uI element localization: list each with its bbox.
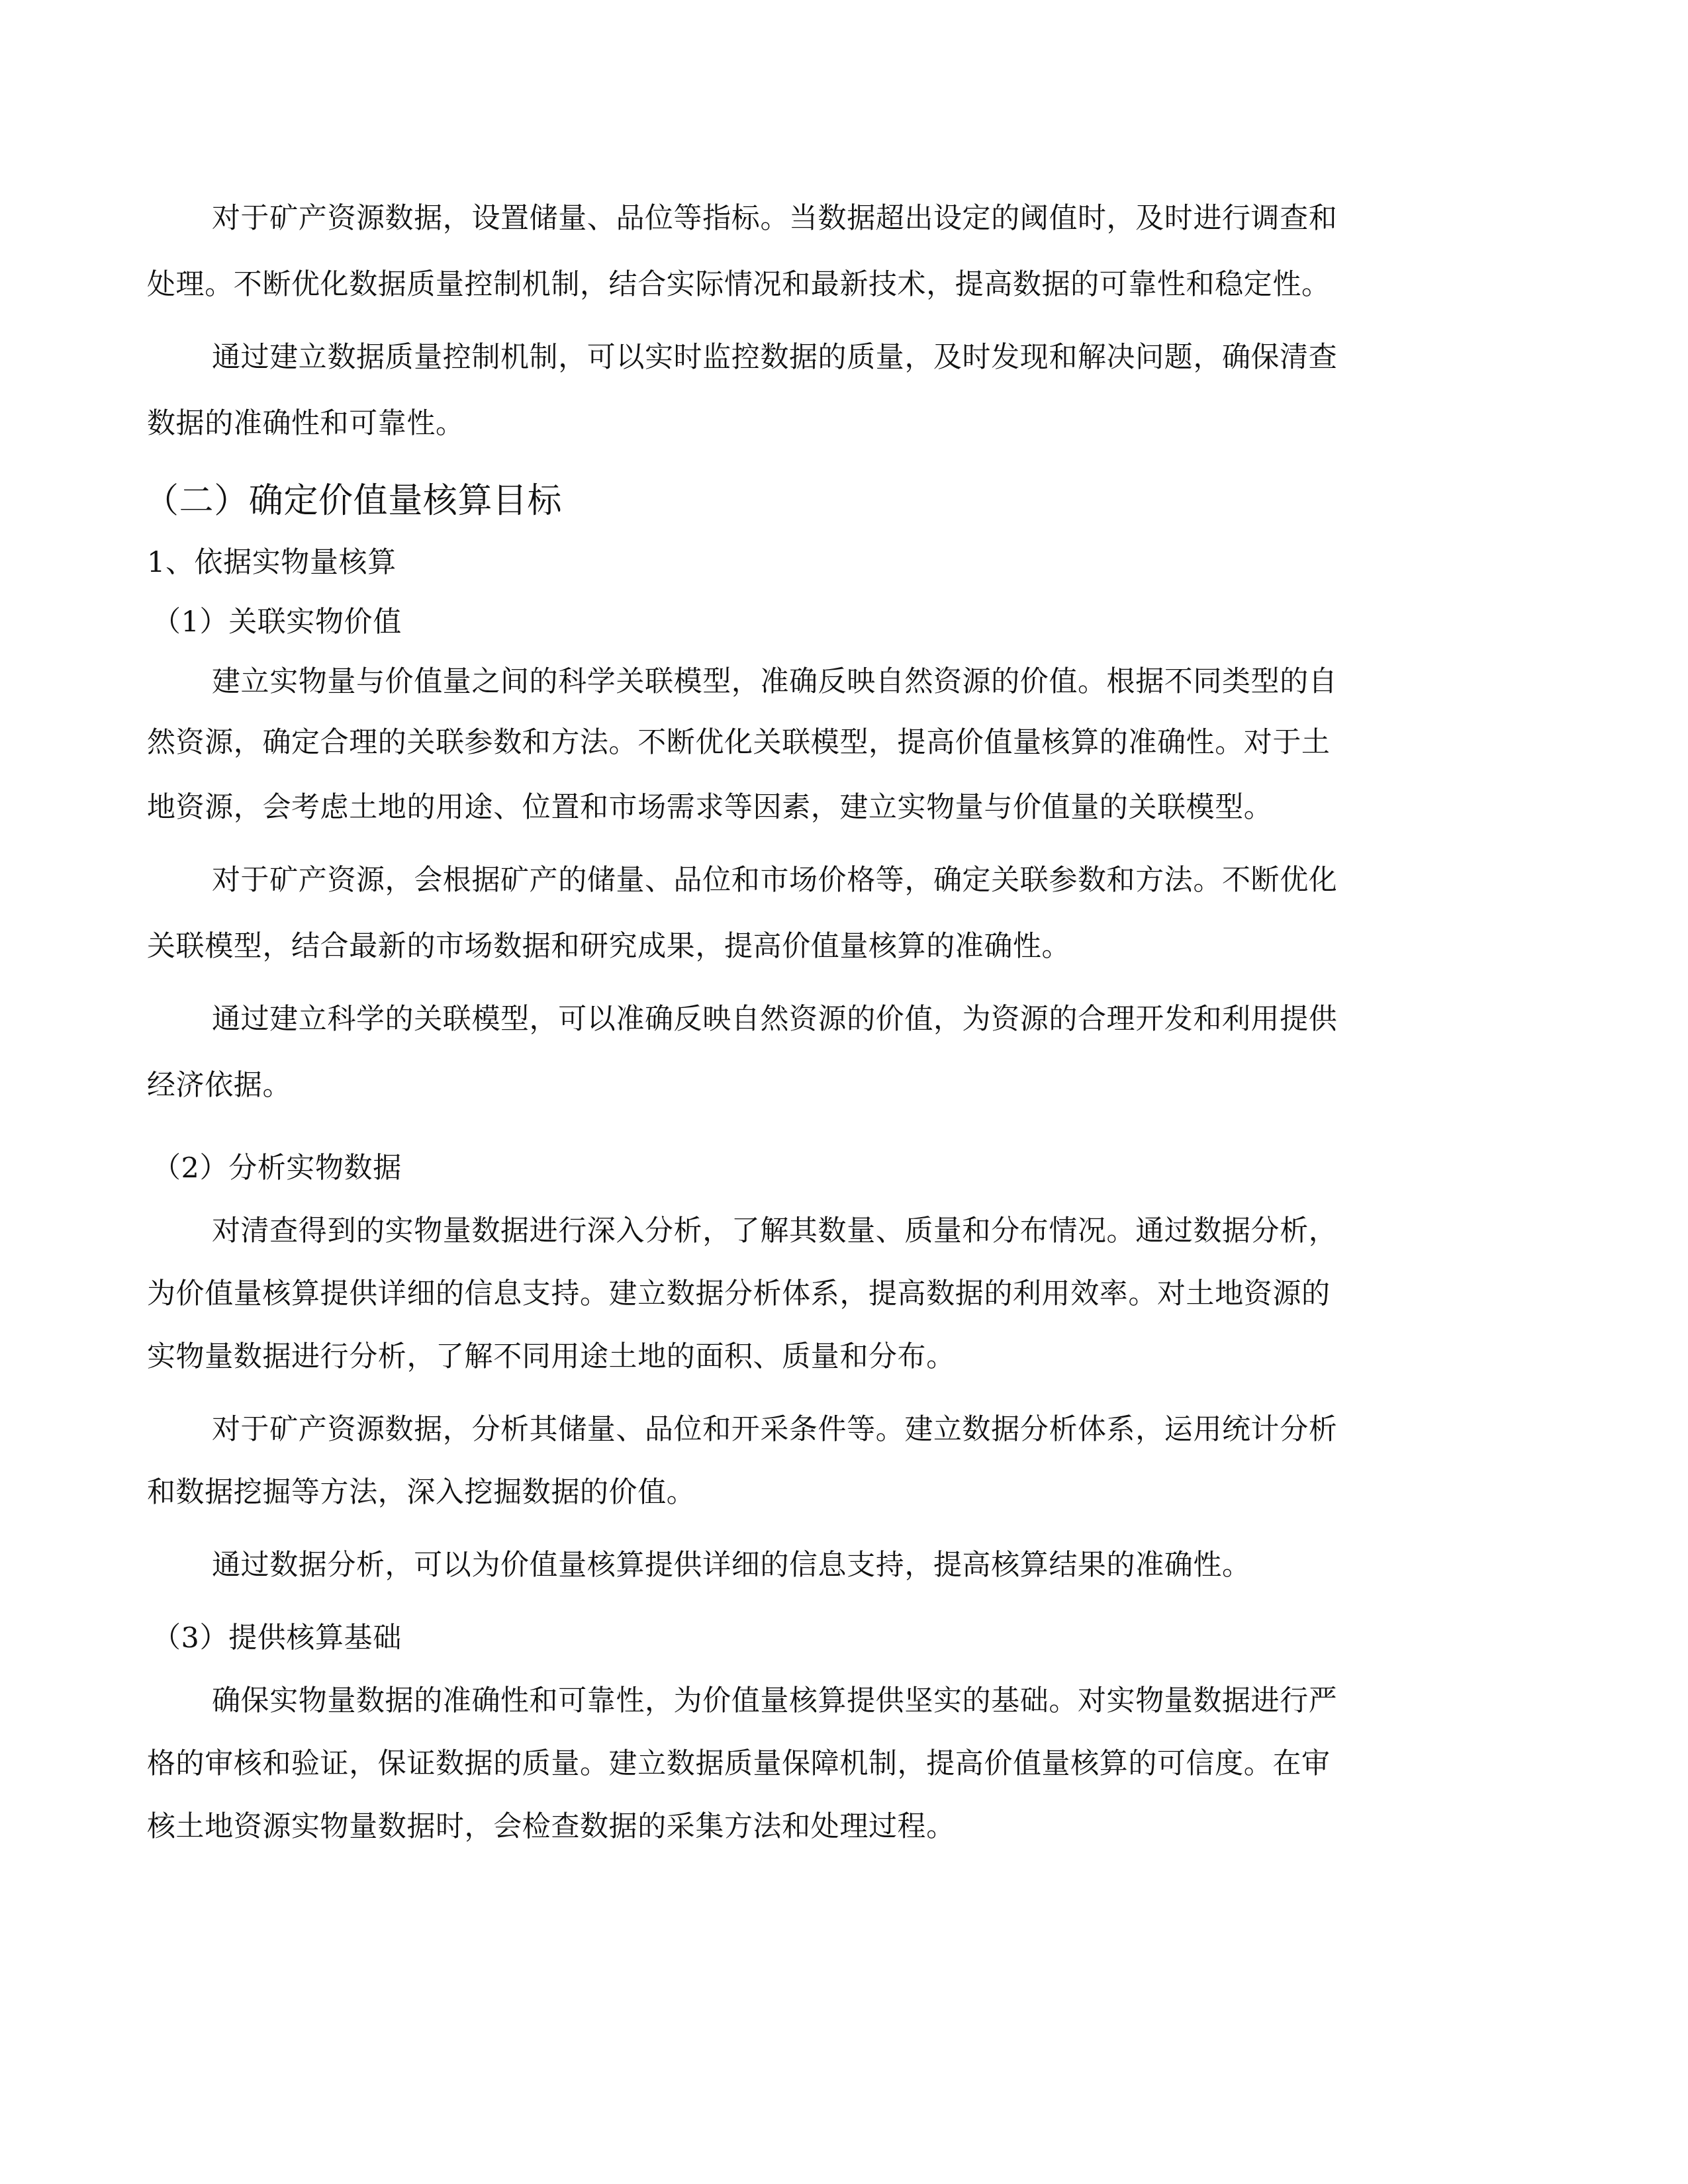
paragraph-line: 建立实物量与价值量之间的科学关联模型，准确反映自然资源的价值。根据不同类型的自 <box>212 662 1609 702</box>
paragraph-line: 地资源，会考虑土地的用途、位置和市场需求等因素，建立实物量与价值量的关联模型。 <box>147 788 1544 827</box>
paragraph-line: 确保实物量数据的准确性和可靠性，为价值量核算提供坚实的基础。对实物量数据进行严 <box>212 1681 1609 1721</box>
paragraph-line: 关联模型，结合最新的市场数据和研究成果，提高价值量核算的准确性。 <box>147 927 1544 966</box>
paragraph-line: 核土地资源实物量数据时，会检查数据的采集方法和处理过程。 <box>147 1807 1544 1846</box>
paragraph-line: 和数据挖掘等方法，深入挖掘数据的价值。 <box>147 1473 1544 1512</box>
paragraph-line: 对于矿产资源数据，分析其储量、品位和开采条件等。建立数据分析体系，运用统计分析 <box>212 1410 1609 1449</box>
paragraph-line: 数据的准确性和可靠性。 <box>147 404 1544 443</box>
document-page: 对于矿产资源数据，设置储量、品位等指标。当数据超出设定的阈值时，及时进行调查和 … <box>0 0 1688 2184</box>
subsection-heading: （3）提供核算基础 <box>152 1618 1549 1658</box>
paragraph-line: 格的审核和验证，保证数据的质量。建立数据质量保障机制，提高价值量核算的可信度。在… <box>147 1744 1544 1784</box>
paragraph-line: 通过数据分析，可以为价值量核算提供详细的信息支持，提高核算结果的准确性。 <box>212 1545 1609 1585</box>
section-heading: （二）确定价值量核算目标 <box>144 478 1541 524</box>
paragraph-line: 然资源，确定合理的关联参数和方法。不断优化关联模型，提高价值量核算的准确性。对于… <box>147 723 1544 762</box>
subsection-heading: （1）关联实物价值 <box>152 602 1549 642</box>
paragraph-line: 处理。不断优化数据质量控制机制，结合实际情况和最新技术，提高数据的可靠性和稳定性… <box>147 265 1544 304</box>
paragraph-line: 实物量数据进行分析，了解不同用途土地的面积、质量和分布。 <box>147 1337 1544 1377</box>
paragraph-line: 对于矿产资源，会根据矿产的储量、品位和市场价格等，确定关联参数和方法。不断优化 <box>212 860 1609 900</box>
paragraph-line: 通过建立科学的关联模型，可以准确反映自然资源的价值，为资源的合理开发和利用提供 <box>212 999 1609 1039</box>
paragraph-line: 对于矿产资源数据，设置储量、品位等指标。当数据超出设定的阈值时，及时进行调查和 <box>212 199 1609 238</box>
paragraph-line: 通过建立数据质量控制机制，可以实时监控数据的质量，及时发现和解决问题，确保清查 <box>212 338 1609 377</box>
paragraph-line: 为价值量核算提供详细的信息支持。建立数据分析体系，提高数据的利用效率。对土地资源… <box>147 1274 1544 1314</box>
subsection-heading: （2）分析实物数据 <box>152 1148 1549 1188</box>
subsection-heading: 1、依据实物量核算 <box>147 543 1544 582</box>
paragraph-line: 对清查得到的实物量数据进行深入分析，了解其数量、质量和分布情况。通过数据分析， <box>212 1211 1609 1251</box>
paragraph-line: 经济依据。 <box>147 1066 1544 1105</box>
